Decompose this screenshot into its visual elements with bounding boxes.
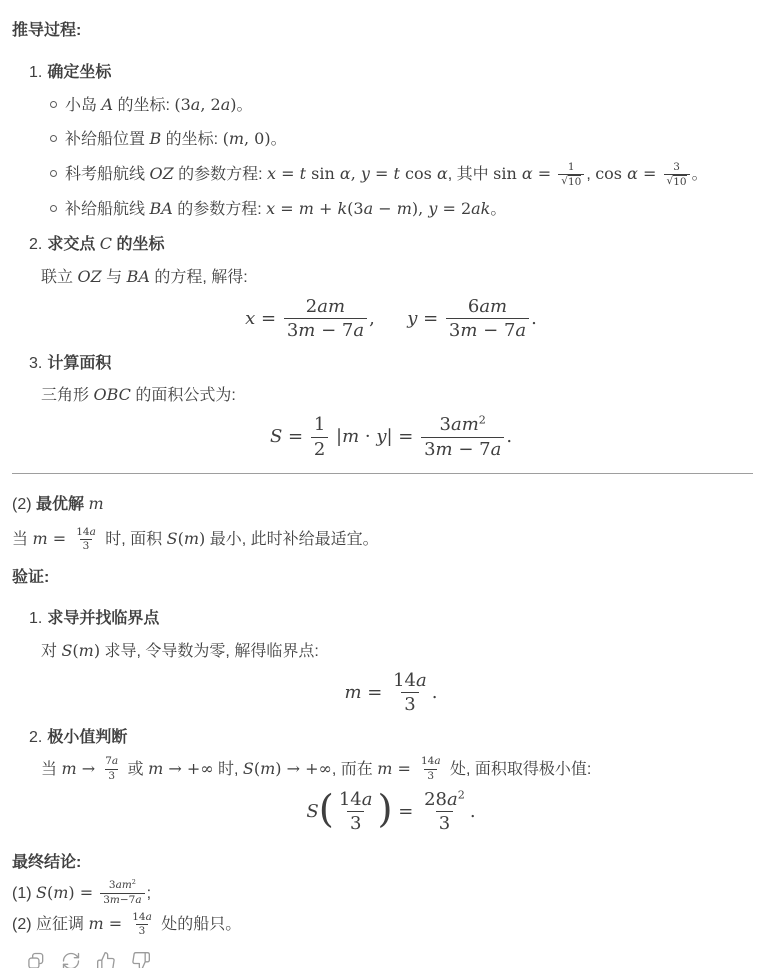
step-number: 1. <box>29 610 42 627</box>
step-heading-text: 极小值判断 <box>47 729 127 746</box>
verify-label: 验证: <box>12 564 753 592</box>
thumbs-down-icon <box>131 951 151 968</box>
step-heading: 2.极小值判断 <box>29 725 753 751</box>
message-action-bar <box>25 950 753 968</box>
copy-icon <box>26 951 46 968</box>
display-formula-area: S = 12 |m · y| = 3am23m − 7a. <box>29 413 753 461</box>
conclusion-line-1: (1) S(m) = 3am23m−7a; <box>12 879 753 909</box>
message-title: 推导过程: <box>12 18 753 44</box>
coordinate-bullets-list: 小岛 A 的坐标: (3a, 2a)。 补给船位置 B 的坐标: (m, 0)。… <box>29 92 753 223</box>
step-number: 2. <box>29 236 42 253</box>
step-heading: 2.求交点 C 的坐标 <box>29 231 753 258</box>
assistant-message: 推导过程: 1.确定坐标 小岛 A 的坐标: (3a, 2a)。 补给船位置 B… <box>0 0 765 968</box>
derivation-step-1: 1.确定坐标 小岛 A 的坐标: (3a, 2a)。 补给船位置 B 的坐标: … <box>29 60 753 224</box>
step-paragraph: 联立 OZ 与 BA 的方程, 解得: <box>41 263 753 291</box>
derivation-steps-list: 1.确定坐标 小岛 A 的坐标: (3a, 2a)。 补给船位置 B 的坐标: … <box>12 60 753 462</box>
copy-button[interactable] <box>25 950 47 968</box>
bullet-supply-ship-b: 补给船位置 B 的坐标: (m, 0)。 <box>50 126 753 153</box>
thumbs-up-button[interactable] <box>95 950 117 968</box>
display-formula-intersection: x = 2am3m − 7a, y = 6am3m − 7a. <box>29 295 753 343</box>
step-number: 2. <box>29 729 42 746</box>
bullet-island-a: 小岛 A 的坐标: (3a, 2a)。 <box>50 92 753 119</box>
optimal-heading: (2) 最优解 m <box>12 490 753 519</box>
step-heading: 3.计算面积 <box>29 351 753 377</box>
step-heading: 1.确定坐标 <box>29 60 753 86</box>
step-heading: 1.求导并找临界点 <box>29 606 753 632</box>
thumbs-down-button[interactable] <box>130 950 152 968</box>
regenerate-button[interactable] <box>60 950 82 968</box>
step-paragraph: 三角形 OBC 的面积公式为: <box>41 381 753 409</box>
derivation-step-3: 3.计算面积 三角形 OBC 的面积公式为: S = 12 |m · y| = … <box>29 351 753 461</box>
verification-steps-list: 1.求导并找临界点 对 S(m) 求导, 令导数为零, 解得临界点: m = 1… <box>12 606 753 835</box>
step-heading-text: 确定坐标 <box>47 64 111 81</box>
step-number: 3. <box>29 355 42 372</box>
verification-step-1: 1.求导并找临界点 对 S(m) 求导, 令导数为零, 解得临界点: m = 1… <box>29 606 753 716</box>
step-heading-text: 求导并找临界点 <box>47 610 159 627</box>
step-heading-text: 求交点 C 的坐标 <box>47 236 164 253</box>
conclusion-label: 最终结论: <box>12 849 753 876</box>
optimal-body: 当 m = 14a3 时, 面积 S(m) 最小, 此时补给最适宜。 <box>12 525 753 554</box>
derivation-step-2: 2.求交点 C 的坐标 联立 OZ 与 BA 的方程, 解得: x = 2am3… <box>29 231 753 342</box>
step-number: 1. <box>29 64 42 81</box>
step-heading-text: 计算面积 <box>47 355 111 372</box>
conclusion-line-2: (2) 应征调 m = 14a3 处的船只。 <box>12 910 753 940</box>
display-formula-minimum: S(14a3) = 28a23. <box>29 788 753 836</box>
display-formula-critical-point: m = 14a3. <box>29 669 753 717</box>
bullet-route-oz: 科考船航线 OZ 的参数方程: x = t sin α, y = t cos α… <box>50 161 753 189</box>
verification-step-2: 2.极小值判断 当 m → 7a3 或 m → +∞ 时, S(m) → +∞,… <box>29 725 753 836</box>
bullet-route-ba: 补给船航线 BA 的参数方程: x = m + k(3a − m), y = 2… <box>50 196 753 223</box>
thumbs-up-icon <box>96 951 116 968</box>
regenerate-icon <box>61 951 81 968</box>
step-paragraph: 当 m → 7a3 或 m → +∞ 时, S(m) → +∞, 而在 m = … <box>41 755 753 784</box>
section-divider <box>12 473 753 474</box>
step-paragraph: 对 S(m) 求导, 令导数为零, 解得临界点: <box>41 637 753 665</box>
